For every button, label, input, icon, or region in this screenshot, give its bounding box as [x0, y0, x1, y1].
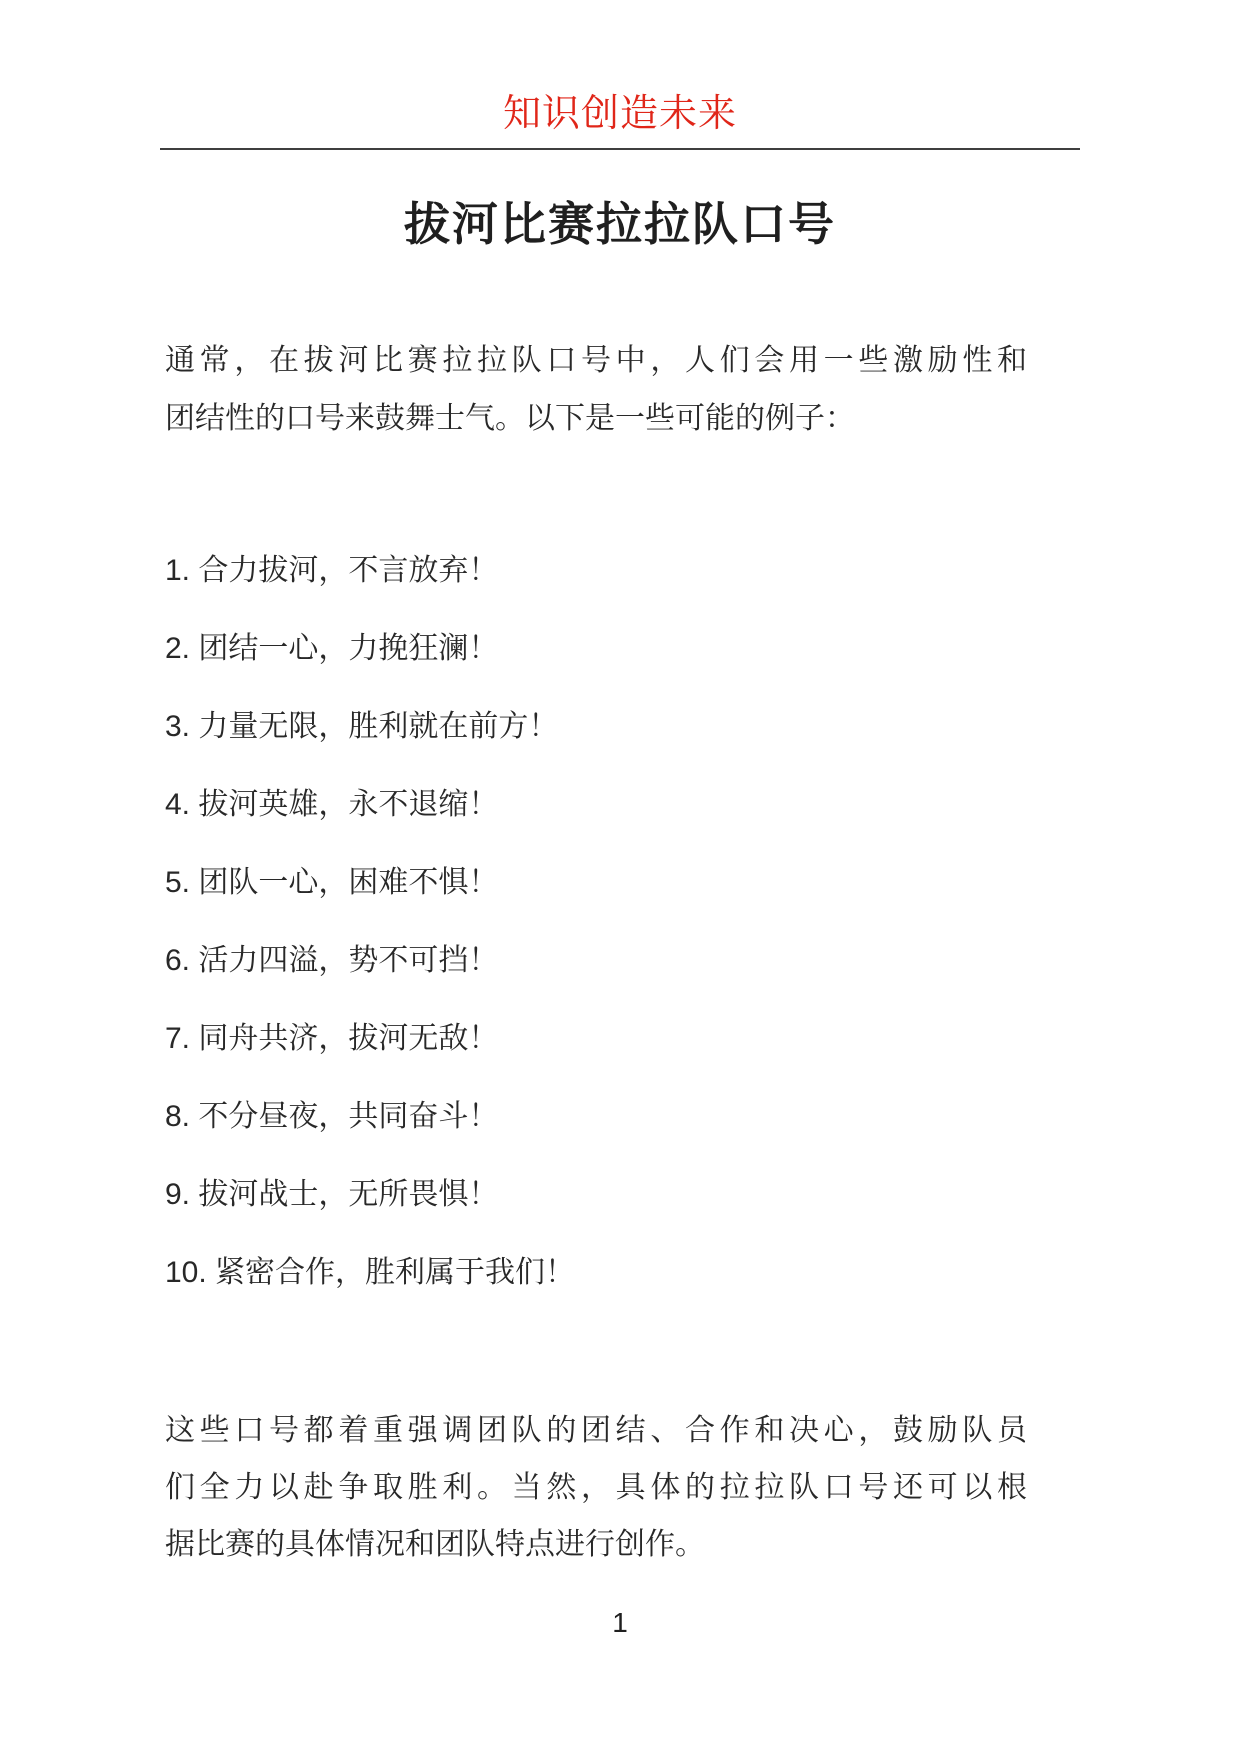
intro-line: 团结性的口号来鼓舞士气。以下是一些可能的例子： — [165, 390, 1027, 448]
document-page: 知识创造未来 拔河比赛拉拉队口号 通常，在拔河比赛拉拉队口号中，人们会用一些激励… — [0, 0, 1240, 1753]
closing-line: 据比赛的具体情况和团队特点进行创作。 — [165, 1516, 1027, 1573]
closing-line: 这些口号都着重强调团队的团结、合作和决心，鼓励队员 — [165, 1402, 1027, 1459]
slogan-item: 8. 不分昼夜，共同奋斗！ — [165, 1088, 1027, 1146]
header-divider — [160, 148, 1080, 150]
slogan-item: 2. 团结一心，力挽狂澜！ — [165, 620, 1027, 678]
slogan-item: 9. 拔河战士，无所畏惧！ — [165, 1166, 1027, 1224]
closing-line: 们全力以赴争取胜利。当然，具体的拉拉队口号还可以根 — [165, 1459, 1027, 1516]
slogan-item: 6. 活力四溢，势不可挡！ — [165, 932, 1027, 990]
header-slogan: 知识创造未来 — [0, 0, 1240, 138]
intro-line: 通常，在拔河比赛拉拉队口号中，人们会用一些激励性和 — [165, 332, 1027, 390]
slogan-item: 3. 力量无限，胜利就在前方！ — [165, 698, 1027, 756]
document-body: 通常，在拔河比赛拉拉队口号中，人们会用一些激励性和 团结性的口号来鼓舞士气。以下… — [165, 332, 1027, 1573]
slogan-item: 7. 同舟共济，拔河无敌！ — [165, 1010, 1027, 1068]
slogan-item: 1. 合力拔河，不言放弃！ — [165, 542, 1027, 600]
slogan-item: 5. 团队一心，困难不惧！ — [165, 854, 1027, 912]
slogan-list: 1. 合力拔河，不言放弃！ 2. 团结一心，力挽狂澜！ 3. 力量无限，胜利就在… — [165, 542, 1027, 1302]
intro-paragraph: 通常，在拔河比赛拉拉队口号中，人们会用一些激励性和 团结性的口号来鼓舞士气。以下… — [165, 332, 1027, 448]
page-number: 1 — [0, 1605, 1240, 1641]
slogan-item: 10. 紧密合作，胜利属于我们！ — [165, 1244, 1027, 1302]
closing-paragraph: 这些口号都着重强调团队的团结、合作和决心，鼓励队员 们全力以赴争取胜利。当然，具… — [165, 1402, 1027, 1573]
slogan-item: 4. 拔河英雄，永不退缩！ — [165, 776, 1027, 834]
document-title: 拔河比赛拉拉队口号 — [0, 196, 1240, 252]
